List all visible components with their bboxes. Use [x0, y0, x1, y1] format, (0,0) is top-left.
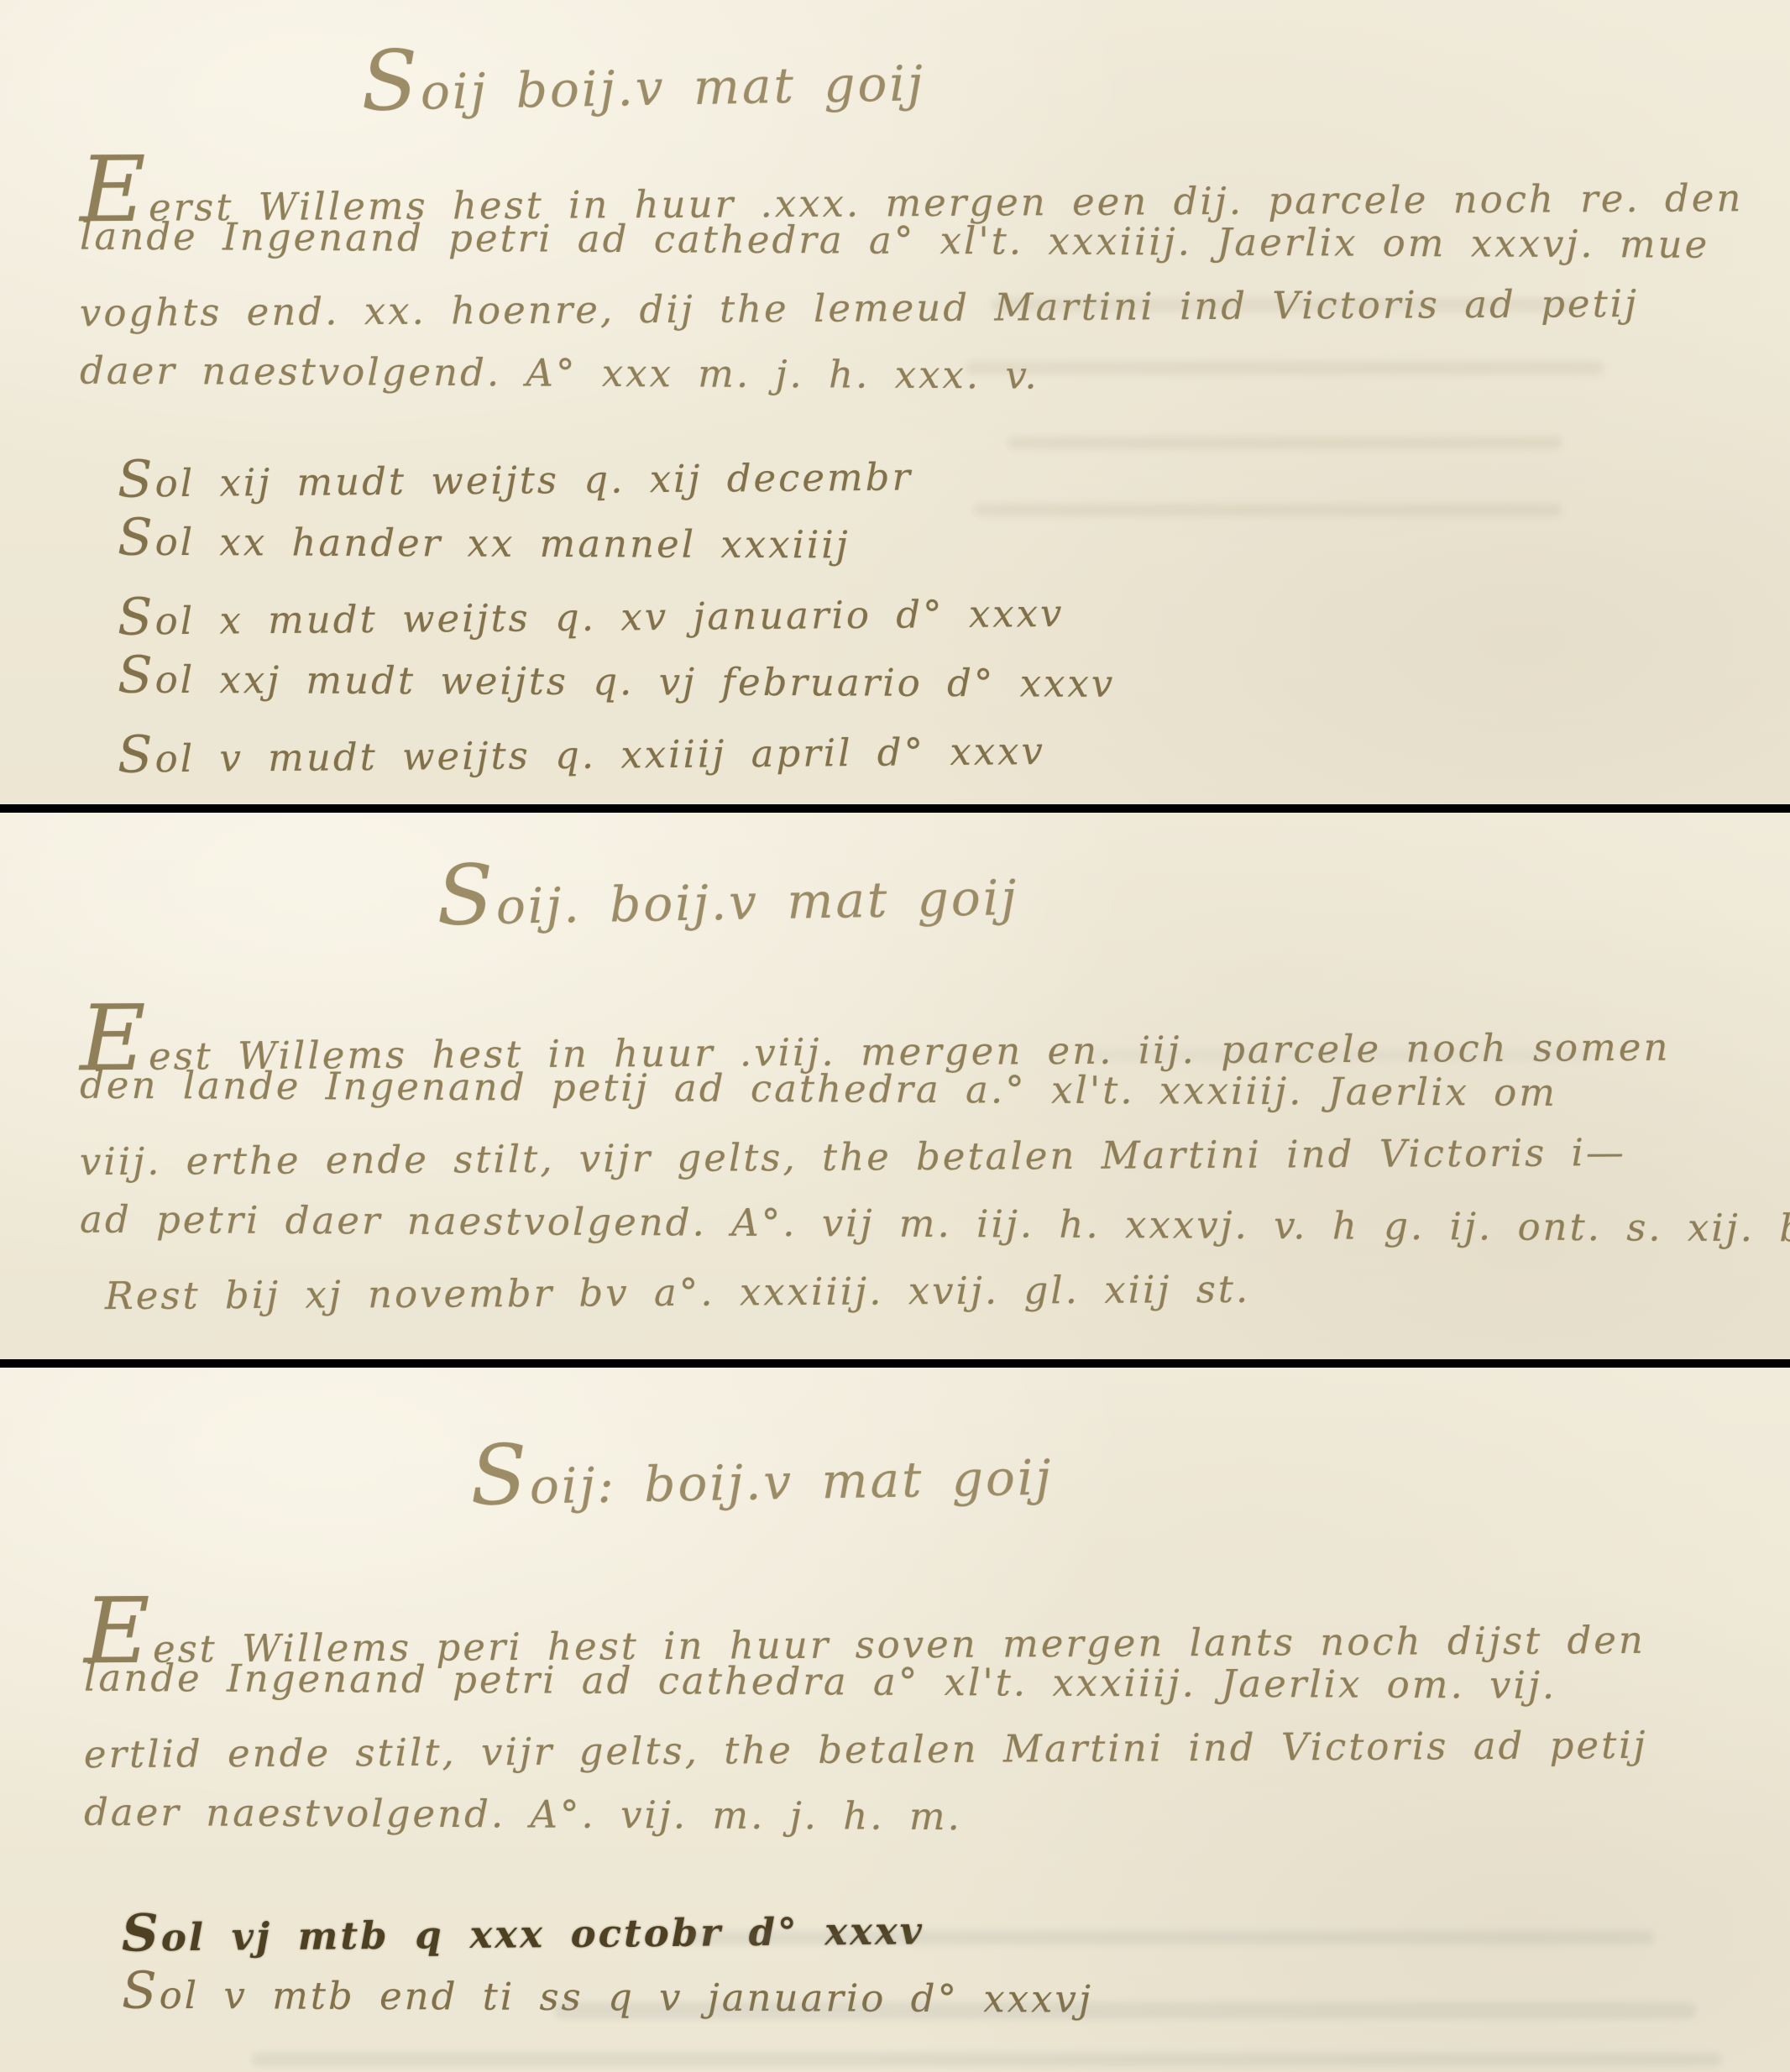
rest-balance-line: Rest bij xj novembr bv a°. xxxiiij. xvij… — [105, 1264, 1790, 1341]
paragraph-line: lande Ingenand petri ad cathedra a° xl't… — [84, 1656, 1790, 1732]
paragraph-line: viij. erthe ende stilt, vijr gelts, the … — [80, 1129, 1790, 1206]
manuscript-page: Soij boij.v mat goij Eerst Willems hest … — [0, 0, 1790, 2072]
entry-1-heading: Soij boij.v mat goij — [360, 8, 1790, 130]
entry-2-paragraph: Eest Willems hest in huur .viij. mergen … — [80, 1000, 1790, 1336]
paragraph-line: daer naestvolgend. A° xxx m. j. h. xxx. … — [80, 348, 1790, 425]
paragraph-line: den lande Ingenand petij ad cathedra a.°… — [80, 1063, 1790, 1139]
payment-line: Sol v mudt weijts q. xxiiij april d° xxx… — [118, 711, 1790, 794]
payment-line: Sol xxj mudt weijts q. vj februario d° x… — [118, 646, 1790, 723]
divider-bar-2 — [0, 1359, 1790, 1368]
paragraph-line: Eerst Willems hest in huur .xxx. mergen … — [80, 146, 1790, 223]
paragraph-line: voghts end. xx. hoenre, dij the lemeud M… — [80, 280, 1790, 358]
payment-line: Sol x mudt weijts q. xv januario d° xxxv — [118, 573, 1790, 657]
payment-line: Sol xij mudt weijts q. xij decembr — [118, 436, 1790, 519]
paragraph-line: ad petri daer naestvolgend. A°. vij m. i… — [80, 1197, 1790, 1274]
paragraph-line: ertlid ende stilt, vijr gelts, the betal… — [84, 1722, 1790, 1799]
entry-1-payment-list: Sol xij mudt weijts q. xij decembr Sol x… — [118, 443, 1790, 787]
paragraph-line: lande Ingenand petri ad cathedra a° xl't… — [80, 214, 1790, 290]
entry-3-paragraph: Eest Willems peri hest in huur soven mer… — [84, 1593, 1790, 1861]
paragraph-line: Eest Willems peri hest in huur soven mer… — [84, 1588, 1790, 1665]
payment-line: Sol xx hander xx mannel xxxiiij — [118, 509, 1790, 585]
divider-bar-1 — [0, 804, 1790, 813]
payment-line: Sol vj mtb q xxx octobr d° xxxv — [122, 1889, 1790, 1972]
entry-3-payment-list: Sol vj mtb q xxx octobr d° xxxv Sol v mt… — [122, 1897, 1790, 2034]
paragraph-line: Eest Willems hest in huur .viij. mergen … — [80, 995, 1790, 1072]
manuscript-entry-1: Soij boij.v mat goij Eerst Willems hest … — [0, 0, 1790, 804]
manuscript-entry-3: Soij: boij.v mat goij Eest Willems peri … — [0, 1368, 1790, 2072]
entry-1-paragraph: Eerst Willems hest in huur .xxx. mergen … — [80, 151, 1790, 420]
manuscript-entry-2: Soij. boij.v mat goij Eest Willems hest … — [0, 813, 1790, 1359]
entry-2-heading: Soij. boij.v mat goij — [436, 824, 1790, 944]
paragraph-line: daer naestvolgend. A°. vij. m. j. h. m. — [84, 1790, 1790, 1866]
payment-line: Sol v mtb end ti ss q v januario d° xxxv… — [122, 1962, 1790, 2038]
entry-3-heading: Soij: boij.v mat goij — [469, 1405, 1790, 1524]
